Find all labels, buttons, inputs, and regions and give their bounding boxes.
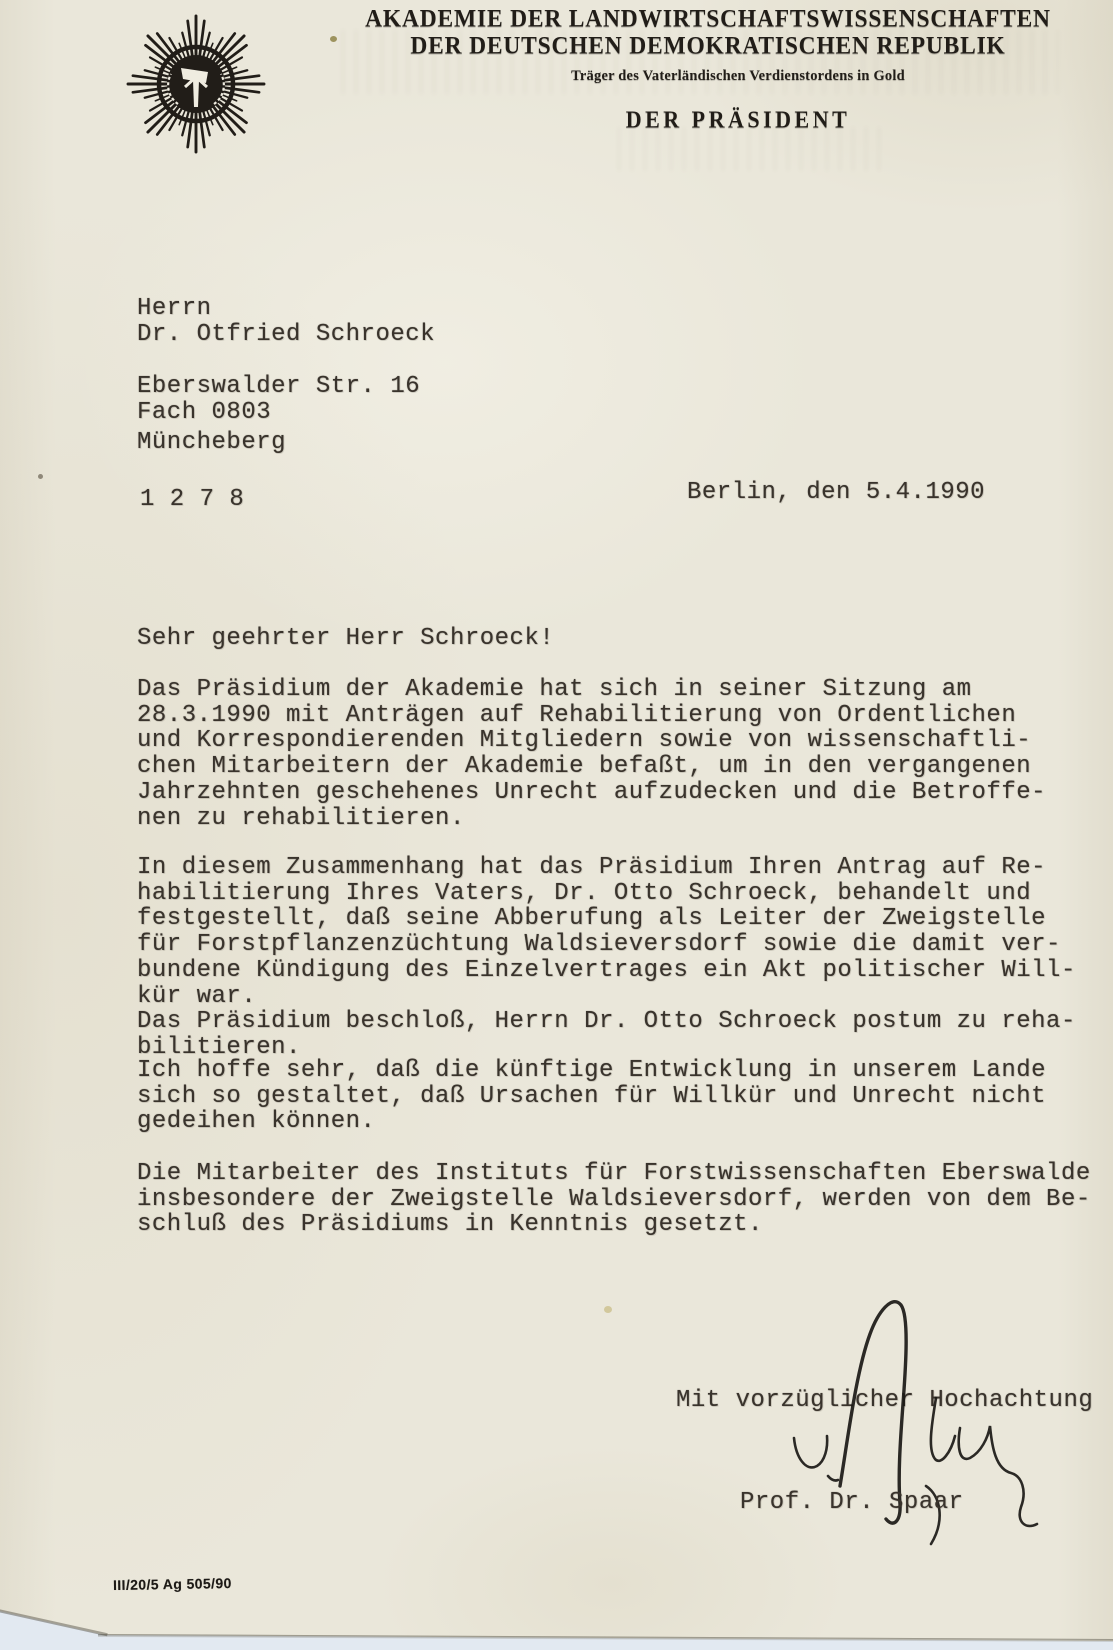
- body-paragraph-2: In diesem Zusammenhang hat das Präsidium…: [137, 855, 1076, 1061]
- dateline: Berlin, den 5.4.1990: [687, 480, 985, 506]
- print-reference-number: III/20/5 Ag 505/90: [113, 1575, 232, 1593]
- body-paragraph-4: Die Mitarbeiter des Instituts für Forstw…: [137, 1161, 1091, 1238]
- ink-bleed-smudge: [618, 127, 886, 171]
- handwritten-signature: [770, 1280, 1080, 1570]
- signer-name: Prof. Dr. Spaar: [740, 1490, 964, 1516]
- paper-stain: [604, 1306, 612, 1313]
- salutation: Sehr geehrter Herr Schroeck!: [137, 626, 554, 652]
- letter-paper: AKADEMIE DER LANDWIRTSCHAFTSWISSENSCHAFT…: [0, 0, 1113, 1650]
- scanned-letter: AKADEMIE DER LANDWIRTSCHAFTSWISSENSCHAFT…: [0, 0, 1113, 1650]
- paper-stain: [330, 36, 337, 42]
- ink-bleed-smudge: [342, 30, 1058, 94]
- recipient-street: Eberswalder Str. 16: [137, 374, 420, 400]
- recipient-po-box: Fach 0803: [137, 400, 271, 426]
- recipient-name: Dr. Otfried Schroeck: [137, 322, 435, 348]
- recipient-city: Müncheberg: [137, 430, 286, 456]
- recipient-postal-code: 1 2 7 8: [140, 487, 244, 513]
- body-paragraph-3: Ich hoffe sehr, daß die künftige Entwick…: [137, 1058, 1046, 1135]
- recipient-line1: Herrn: [137, 296, 212, 322]
- body-paragraph-1: Das Präsidium der Akademie hat sich in s…: [137, 677, 1046, 831]
- order-star-hammer-wreath-icon: [120, 8, 272, 160]
- paper-stain: [38, 474, 43, 479]
